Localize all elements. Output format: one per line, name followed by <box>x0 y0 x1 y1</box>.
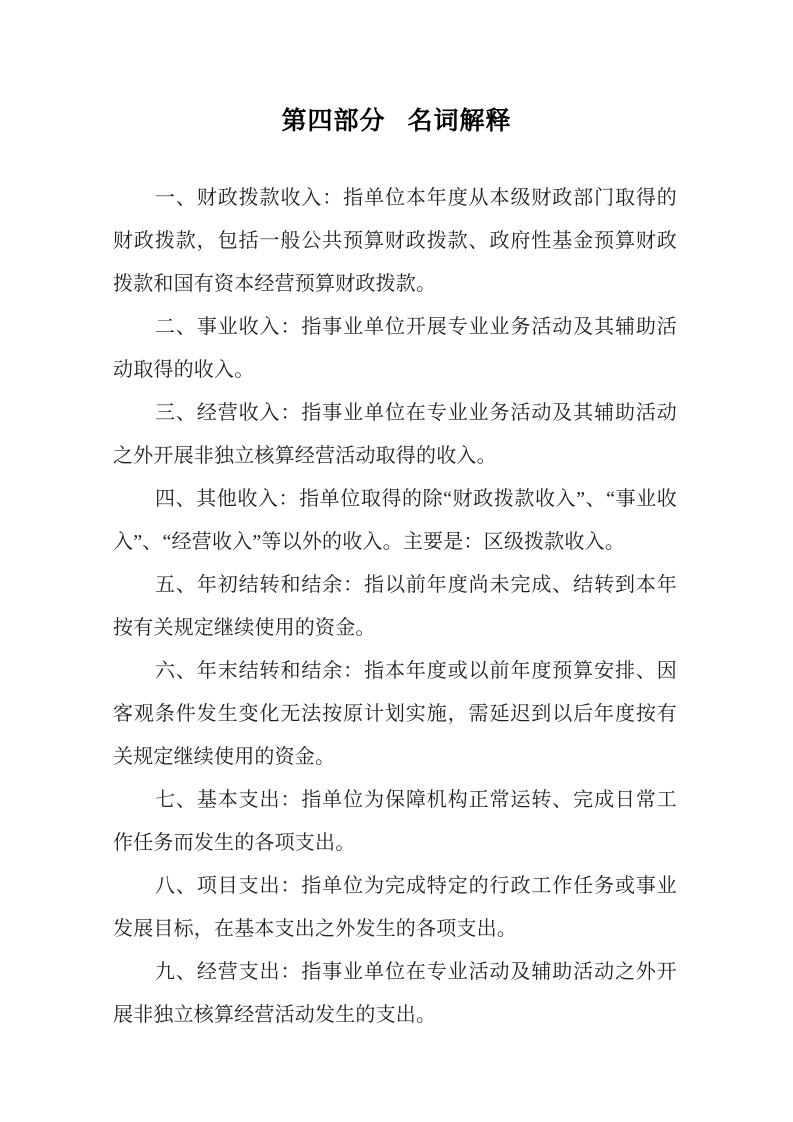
document-page: 第四部分名词解释 一、财政拨款收入：指单位本年度从本级财政部门取得的财政拨款，包… <box>0 0 793 1122</box>
glossary-item-3: 三、经营收入：指事业单位在专业业务活动及其辅助活动之外开展非独立核算经营活动取得… <box>113 392 677 478</box>
glossary-item-7: 七、基本支出：指单位为保障机构正常运转、完成日常工作任务而发生的各项支出。 <box>113 779 677 865</box>
glossary-item-2: 二、事业收入：指事业单位开展专业业务活动及其辅助活动取得的收入。 <box>113 306 677 392</box>
glossary-item-8: 八、项目支出：指单位为完成特定的行政工作任务或事业发展目标，在基本支出之外发生的… <box>113 865 677 951</box>
glossary-content: 一、财政拨款收入：指单位本年度从本级财政部门取得的财政拨款，包括一般公共预算财政… <box>113 177 677 1037</box>
title-text: 名词解释 <box>408 107 512 135</box>
glossary-item-4: 四、其他收入：指单位取得的除“财政拨款收入”、“事业收入”、“经营收入”等以外的… <box>113 478 677 564</box>
page-title: 第四部分名词解释 <box>0 0 793 138</box>
glossary-item-5: 五、年初结转和结余：指以前年度尚未完成、结转到本年按有关规定继续使用的资金。 <box>113 564 677 650</box>
glossary-item-9: 九、经营支出：指事业单位在专业活动及辅助活动之外开展非独立核算经营活动发生的支出… <box>113 951 677 1037</box>
title-section-label: 第四部分 <box>281 107 385 135</box>
glossary-item-6: 六、年末结转和结余：指本年度或以前年度预算安排、因客观条件发生变化无法按原计划实… <box>113 650 677 779</box>
glossary-item-1: 一、财政拨款收入：指单位本年度从本级财政部门取得的财政拨款，包括一般公共预算财政… <box>113 177 677 306</box>
